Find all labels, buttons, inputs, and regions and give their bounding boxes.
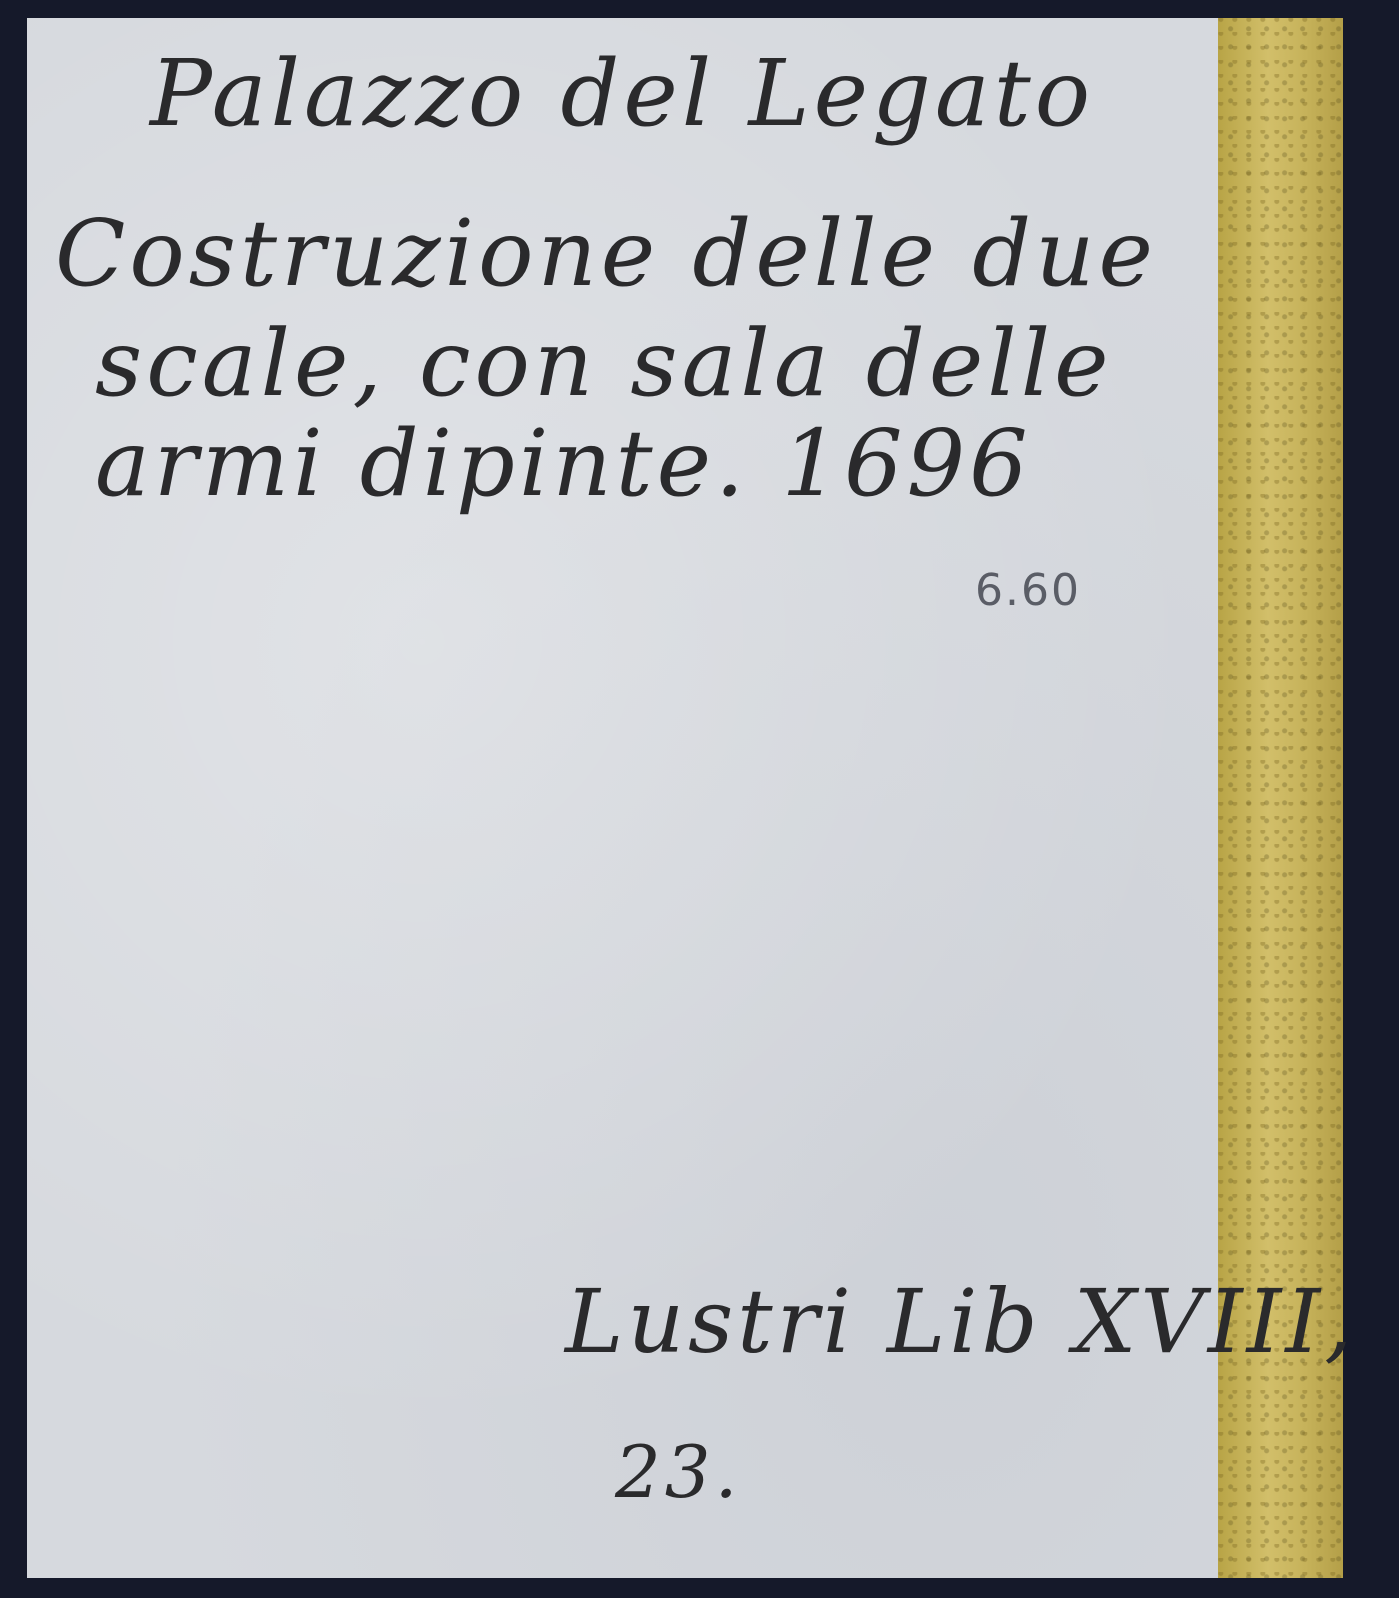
title-line: Palazzo del Legato <box>150 40 1094 147</box>
description-line-2: scale, con sala delle <box>95 310 1113 417</box>
description-line-3: armi dipinte. 1696 <box>95 410 1032 517</box>
reference-line-2: 23. <box>615 1430 742 1514</box>
reference-line-1: Lustri Lib XVIII, <box>565 1270 1356 1373</box>
description-line-1: Costruzione delle due <box>55 200 1157 307</box>
pencil-note: 6.60 <box>975 565 1081 616</box>
